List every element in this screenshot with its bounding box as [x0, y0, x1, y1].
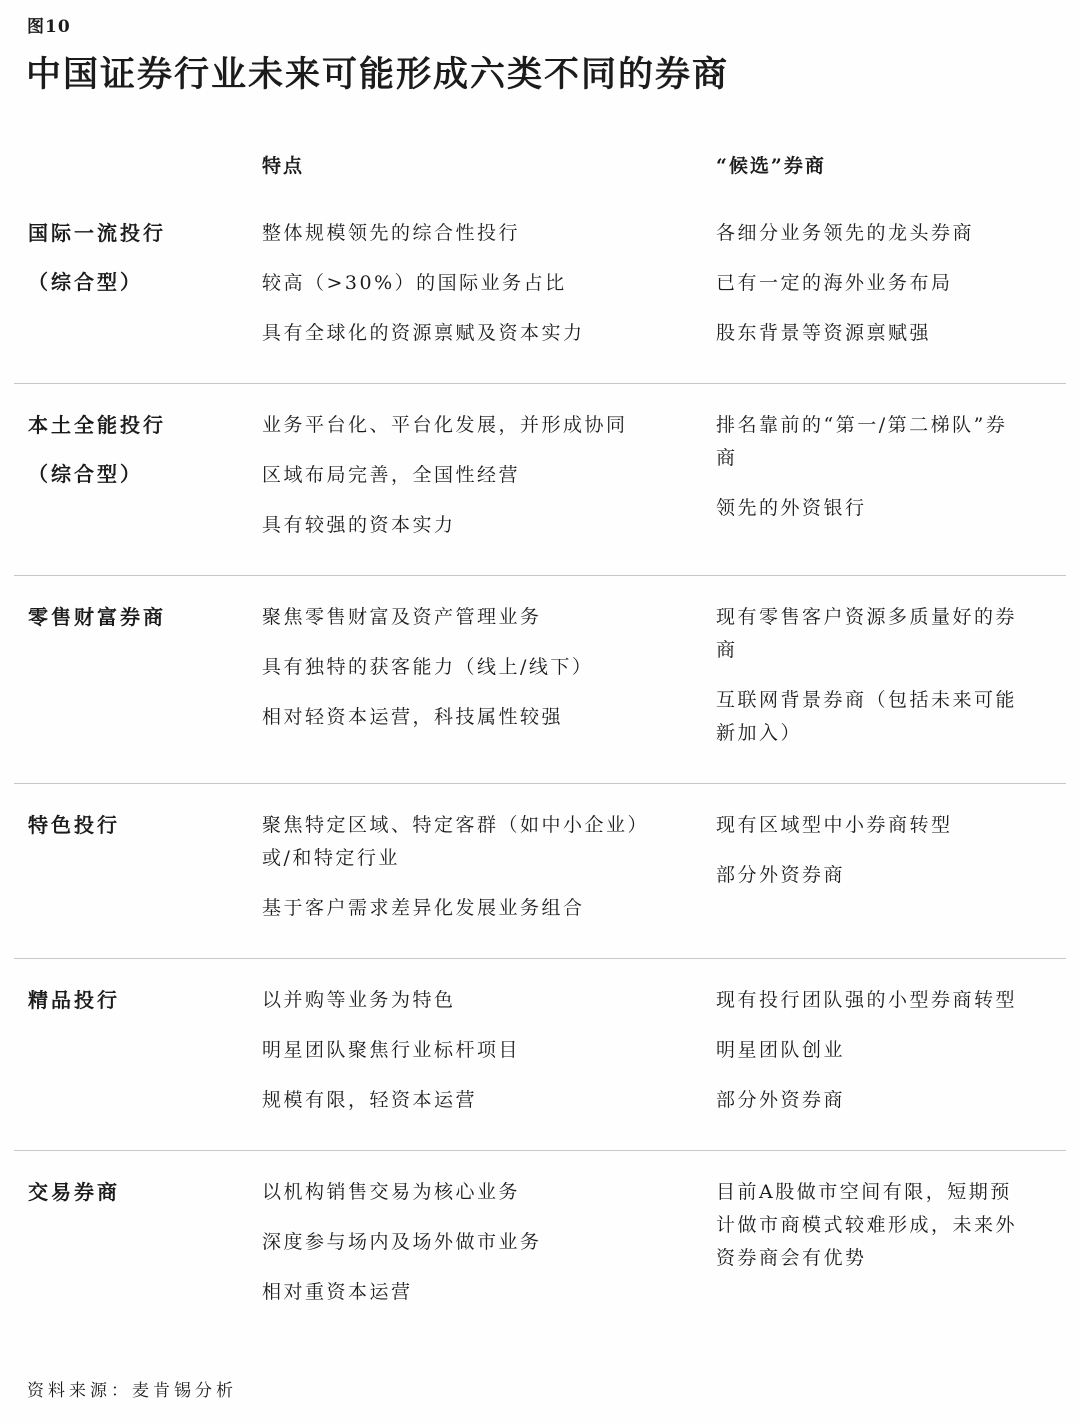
category-label: 特色投行 — [28, 809, 248, 842]
candidate-item: 现有区域型中小券商转型 — [716, 809, 1026, 842]
candidate-item: 排名靠前的“第一/第二梯队”券商 — [716, 409, 1026, 475]
candidate-item: 部分外资券商 — [716, 1084, 1026, 1117]
table-header-row: 特点 “候选”券商 — [14, 151, 1066, 178]
feature-item: 相对轻资本运营，科技属性较强 — [262, 701, 662, 734]
candidate-item: 领先的外资银行 — [716, 492, 1026, 525]
category-label: 精品投行 — [28, 984, 248, 1017]
document-page: 图10 中国证券行业未来可能形成六类不同的券商 特点 “候选”券商 国际一流投行… — [0, 0, 1080, 1425]
feature-item: 业务平台化、平台化发展，并形成协同 — [262, 409, 662, 442]
table-row: 零售财富券商 聚焦零售财富及资产管理业务 具有独特的获客能力（线上/线下） 相对… — [14, 576, 1066, 784]
category-sublabel: （综合型） — [28, 266, 248, 299]
candidates-cell: 排名靠前的“第一/第二梯队”券商 领先的外资银行 — [702, 409, 1066, 559]
feature-item: 深度参与场内及场外做市业务 — [262, 1226, 662, 1259]
table-row: 精品投行 以并购等业务为特色 明星团队聚焦行业标杆项目 规模有限，轻资本运营 现… — [14, 959, 1066, 1151]
figure-title: 中国证券行业未来可能形成六类不同的券商 — [26, 53, 1053, 97]
source-note: 资料来源：麦肯锡分析 — [27, 1376, 1080, 1401]
candidates-cell: 各细分业务领先的龙头券商 已有一定的海外业务布局 股东背景等资源禀赋强 — [702, 217, 1066, 367]
features-cell: 聚焦零售财富及资产管理业务 具有独特的获客能力（线上/线下） 相对轻资本运营，科… — [248, 601, 702, 767]
category-cell: 交易券商 — [14, 1176, 248, 1326]
category-cell: 特色投行 — [14, 809, 248, 942]
category-cell: 本土全能投行 （综合型） — [14, 409, 248, 559]
category-label: 本土全能投行 — [28, 409, 248, 442]
candidate-item: 明星团队创业 — [716, 1034, 1026, 1067]
feature-item: 相对重资本运营 — [262, 1276, 662, 1309]
category-label: 零售财富券商 — [28, 601, 248, 634]
figure-number: 图10 — [27, 12, 1080, 37]
feature-item: 具有全球化的资源禀赋及资本实力 — [262, 317, 662, 350]
candidate-item: 部分外资券商 — [716, 859, 1026, 892]
header-category-spacer — [14, 151, 248, 178]
candidates-cell: 现有投行团队强的小型券商转型 明星团队创业 部分外资券商 — [702, 984, 1066, 1134]
candidate-item: 各细分业务领先的龙头券商 — [716, 217, 1026, 250]
candidates-cell: 目前A股做市空间有限，短期预计做市商模式较难形成，未来外资券商会有优势 — [702, 1176, 1066, 1326]
feature-item: 以并购等业务为特色 — [262, 984, 662, 1017]
feature-item: 以机构销售交易为核心业务 — [262, 1176, 662, 1209]
features-cell: 业务平台化、平台化发展，并形成协同 区域布局完善，全国性经营 具有较强的资本实力 — [248, 409, 702, 559]
column-header-candidates: “候选”券商 — [702, 151, 1066, 178]
category-cell: 零售财富券商 — [14, 601, 248, 767]
feature-item: 区域布局完善，全国性经营 — [262, 459, 662, 492]
features-cell: 聚焦特定区域、特定客群（如中小企业）或/和特定行业 基于客户需求差异化发展业务组… — [248, 809, 702, 942]
candidates-cell: 现有零售客户资源多质量好的券商 互联网背景券商（包括未来可能新加入） — [702, 601, 1066, 767]
feature-item: 较高（>30%）的国际业务占比 — [262, 267, 662, 300]
candidate-item: 已有一定的海外业务布局 — [716, 267, 1026, 300]
feature-item: 具有独特的获客能力（线上/线下） — [262, 651, 662, 684]
features-cell: 整体规模领先的综合性投行 较高（>30%）的国际业务占比 具有全球化的资源禀赋及… — [248, 217, 702, 367]
feature-item: 具有较强的资本实力 — [262, 509, 662, 542]
category-label: 交易券商 — [28, 1176, 248, 1209]
candidate-item: 现有零售客户资源多质量好的券商 — [716, 601, 1026, 667]
feature-item: 聚焦零售财富及资产管理业务 — [262, 601, 662, 634]
features-cell: 以机构销售交易为核心业务 深度参与场内及场外做市业务 相对重资本运营 — [248, 1176, 702, 1326]
feature-item: 明星团队聚焦行业标杆项目 — [262, 1034, 662, 1067]
candidate-item: 互联网背景券商（包括未来可能新加入） — [716, 684, 1026, 750]
candidates-cell: 现有区域型中小券商转型 部分外资券商 — [702, 809, 1066, 942]
candidate-item: 现有投行团队强的小型券商转型 — [716, 984, 1026, 1017]
category-cell: 国际一流投行 （综合型） — [14, 217, 248, 367]
category-label: 国际一流投行 — [28, 217, 248, 250]
feature-item: 聚焦特定区域、特定客群（如中小企业）或/和特定行业 — [262, 809, 662, 875]
category-sublabel: （综合型） — [28, 458, 248, 491]
category-cell: 精品投行 — [14, 984, 248, 1134]
feature-item: 整体规模领先的综合性投行 — [262, 217, 662, 250]
table-row: 交易券商 以机构销售交易为核心业务 深度参与场内及场外做市业务 相对重资本运营 … — [14, 1151, 1066, 1342]
table-row: 特色投行 聚焦特定区域、特定客群（如中小企业）或/和特定行业 基于客户需求差异化… — [14, 784, 1066, 959]
feature-item: 规模有限，轻资本运营 — [262, 1084, 662, 1117]
table-row: 本土全能投行 （综合型） 业务平台化、平台化发展，并形成协同 区域布局完善，全国… — [14, 384, 1066, 576]
broker-types-table: 特点 “候选”券商 国际一流投行 （综合型） 整体规模领先的综合性投行 较高（>… — [14, 151, 1066, 1342]
features-cell: 以并购等业务为特色 明星团队聚焦行业标杆项目 规模有限，轻资本运营 — [248, 984, 702, 1134]
column-header-features: 特点 — [248, 151, 702, 178]
candidate-item: 目前A股做市空间有限，短期预计做市商模式较难形成，未来外资券商会有优势 — [716, 1176, 1026, 1275]
table-row: 国际一流投行 （综合型） 整体规模领先的综合性投行 较高（>30%）的国际业务占… — [14, 192, 1066, 384]
feature-item: 基于客户需求差异化发展业务组合 — [262, 892, 662, 925]
candidate-item: 股东背景等资源禀赋强 — [716, 317, 1026, 350]
